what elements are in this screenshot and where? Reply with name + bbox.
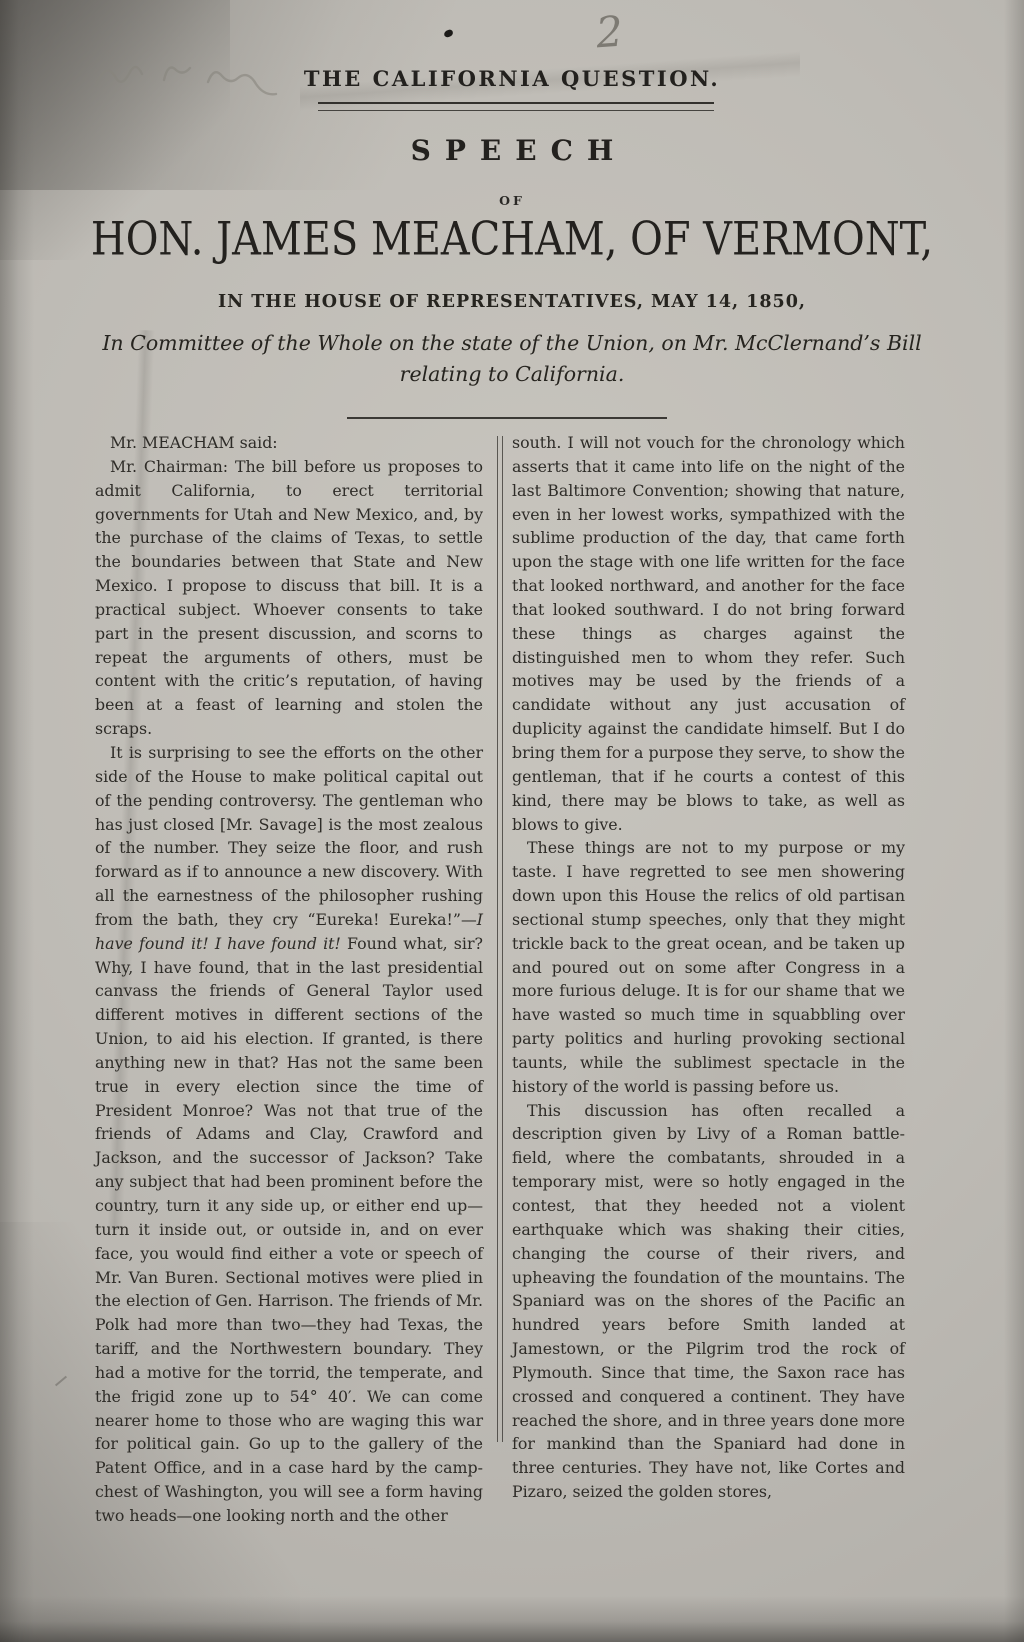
scanned-page: 2 THE CALIFORNIA QUESTION. SPEECH OF HON…	[0, 0, 1024, 1642]
pencil-tick	[55, 1376, 67, 1387]
column-divider-rule	[497, 436, 503, 1442]
of-label: OF	[0, 193, 1024, 208]
paragraph: These things are not to my purpose or my…	[512, 836, 905, 1098]
paragraph: It is surprising to see the efforts on t…	[95, 741, 483, 1528]
ink-mark	[443, 29, 454, 38]
section-rule	[347, 417, 667, 419]
paragraph: south. I will not vouch for the chronolo…	[512, 431, 905, 836]
text-run: It is surprising to see the efforts on t…	[95, 743, 483, 929]
paragraph: Mr. Chairman: The bill before us propose…	[95, 455, 483, 741]
left-column: Mr. MEACHAM said: Mr. Chairman: The bill…	[95, 431, 483, 1528]
paragraph: This discussion has often recalled a des…	[512, 1099, 905, 1504]
speech-label: SPEECH	[0, 134, 1024, 167]
speaker-name-title: HON. JAMES MEACHAM, OF VERMONT,	[26, 212, 999, 266]
paper-edge-bottom	[0, 1596, 1024, 1642]
document-title: THE CALIFORNIA QUESTION.	[0, 66, 1024, 91]
title-rule	[318, 102, 714, 111]
handwritten-page-number: 2	[594, 4, 667, 58]
venue-date-line: IN THE HOUSE OF REPRESENTATIVES, MAY 14,…	[0, 292, 1024, 312]
committee-subtitle: In Committee of the Whole on the state o…	[77, 328, 947, 390]
right-column: south. I will not vouch for the chronolo…	[512, 431, 905, 1504]
speaker-said-line: Mr. MEACHAM said:	[95, 431, 483, 455]
paper-edge-right	[1004, 0, 1024, 1642]
text-run: Found what, sir? Why, I have found, that…	[95, 934, 483, 1525]
